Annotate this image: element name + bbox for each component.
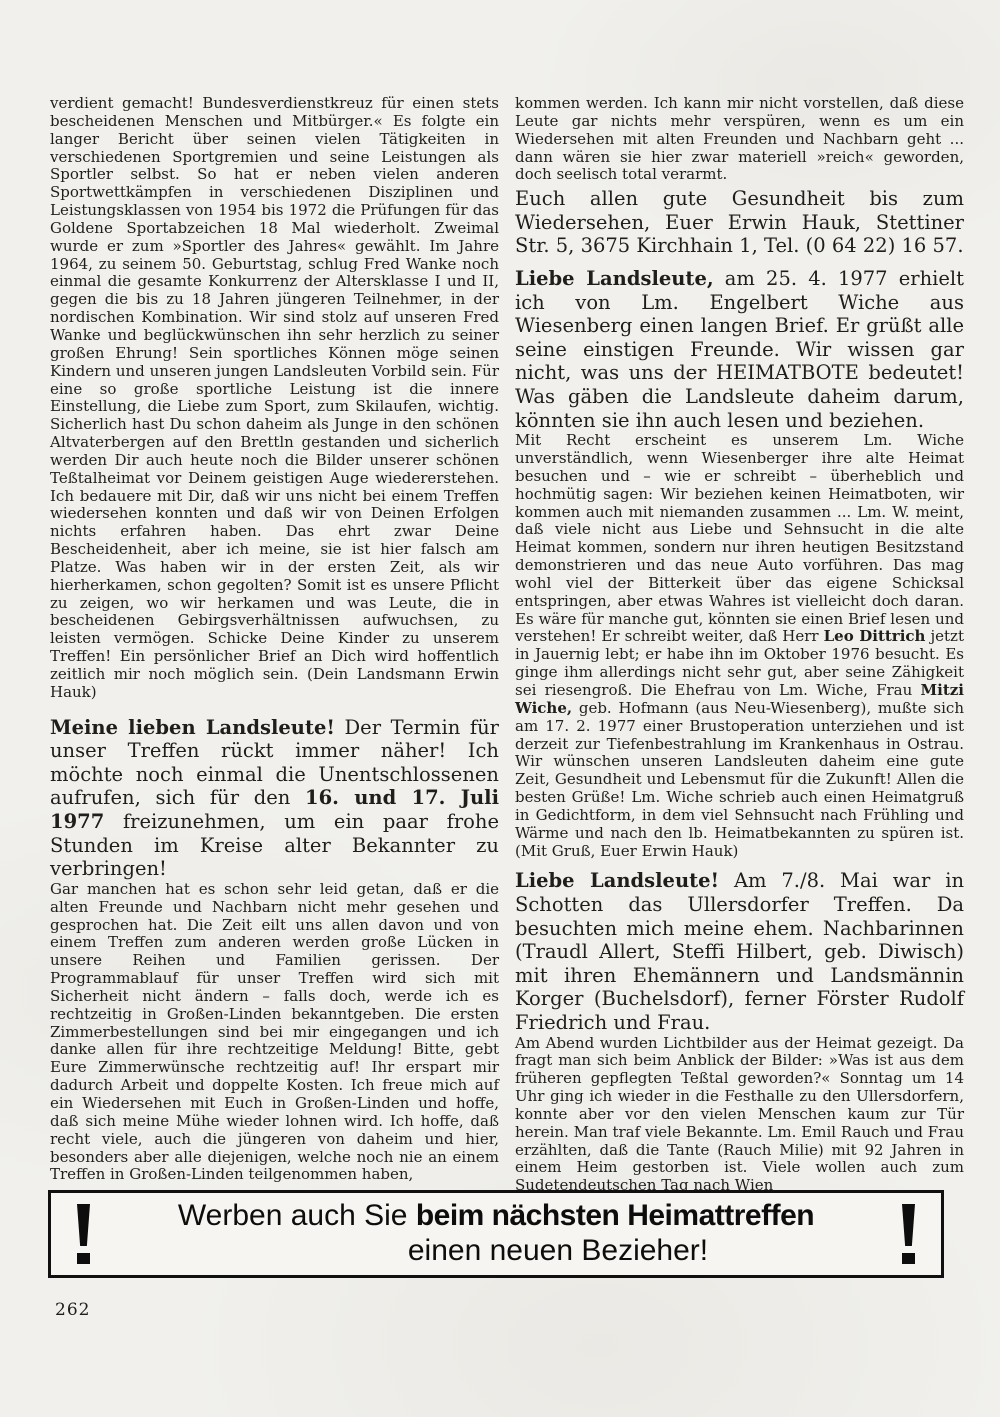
right-column: kommen werden. Ich kann mir nicht vorste…: [515, 95, 964, 1195]
advertisement-banner: Werben auch Sie beim nächsten Heimattref…: [48, 1190, 944, 1278]
wiche-details-text-3: geb. Hofmann (aus Neu-Wiesenberg), mußte…: [515, 699, 964, 860]
wiche-details-text-1: Mit Recht erscheint es unserem Lm. Wiche…: [515, 431, 964, 645]
banner-line1-regular: Werben auch Sie: [178, 1199, 416, 1232]
salutation-meine-lieben-landsleute: Meine lieben Landsleute!: [50, 716, 335, 739]
name-leo-dittrich-bold: Leo Dittrich: [824, 627, 926, 645]
exclamation-bar: [77, 1204, 90, 1246]
two-column-text-area: verdient gemacht! Bundesverdienstkreuz f…: [50, 95, 964, 1195]
banner-line1-bold: beim nächsten Heimattreffen: [416, 1199, 814, 1232]
scanned-newsletter-page: verdient gemacht! Bundesverdienstkreuz f…: [0, 0, 1000, 1417]
banner-text: Werben auch Sie beim nächsten Heimattref…: [90, 1199, 902, 1270]
exclamation-icon-left: [77, 1204, 90, 1264]
exclamation-dot: [77, 1253, 90, 1264]
announcement-text-2: freizunehmen, um ein paar frohe Stunden …: [50, 810, 499, 880]
salutation-liebe-landsleute-ausruf: Liebe Landsleute!: [515, 869, 719, 892]
paragraph-schotten-details: Am Abend wurden Lichtbilder aus der Heim…: [515, 1035, 964, 1196]
page-number: 262: [55, 1300, 90, 1320]
paragraph-wiche-details: Mit Recht erscheint es unserem Lm. Wiche…: [515, 432, 964, 860]
paragraph-closing-address: Euch allen gute Gesundheit bis zum Wiede…: [515, 187, 964, 258]
paragraph-schotten-treffen: Liebe Landsleute! Am 7./8. Mai war in Sc…: [515, 869, 964, 1034]
wiche-letter-text: am 25. 4. 1977 erhielt ich von Lm. Engel…: [515, 267, 964, 432]
schotten-text: Am 7./8. Mai war in Schotten das Ullersd…: [515, 869, 964, 1034]
paragraph-treffen-announcement: Meine lieben Landsleute! Der Termin für …: [50, 716, 499, 881]
paragraph-treffen-details: Gar manchen hat es schon sehr leid getan…: [50, 881, 499, 1184]
paragraph-wiche-letter: Liebe Landsleute, am 25. 4. 1977 erhielt…: [515, 267, 964, 432]
banner-line-2: einen neuen Bezieher!: [152, 1233, 964, 1269]
paragraph-wanke-tribute: verdient gemacht! Bundesverdienstkreuz f…: [50, 95, 499, 702]
banner-line-1: Werben auch Sie beim nächsten Heimattref…: [90, 1199, 902, 1234]
left-column: verdient gemacht! Bundesverdienstkreuz f…: [50, 95, 499, 1195]
paragraph-continuation: kommen werden. Ich kann mir nicht vorste…: [515, 95, 964, 184]
salutation-liebe-landsleute-komma: Liebe Landsleute,: [515, 267, 714, 290]
